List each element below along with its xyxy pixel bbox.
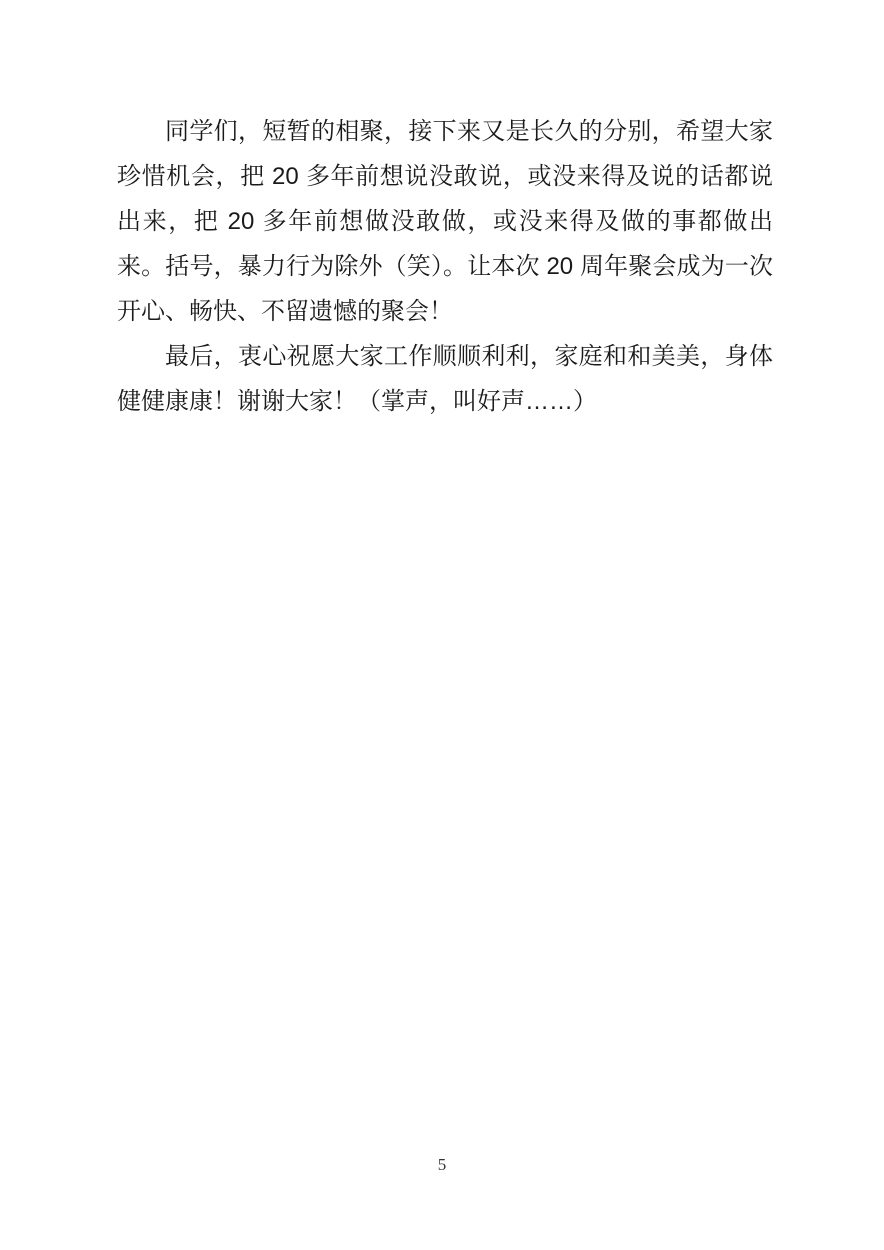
document-body: 同学们，短暂的相聚，接下来又是长久的分别，希望大家珍惜机会，把 20 多年前想说… [117, 109, 773, 424]
paragraph: 最后，衷心祝愿大家工作顺顺利利，家庭和和美美，身体健健康康！谢谢大家！（掌声，叫… [117, 334, 773, 424]
page-number: 5 [0, 1155, 884, 1175]
document-page: 同学们，短暂的相聚，接下来又是长久的分别，希望大家珍惜机会，把 20 多年前想说… [0, 0, 884, 1250]
paragraph: 同学们，短暂的相聚，接下来又是长久的分别，希望大家珍惜机会，把 20 多年前想说… [117, 109, 773, 334]
